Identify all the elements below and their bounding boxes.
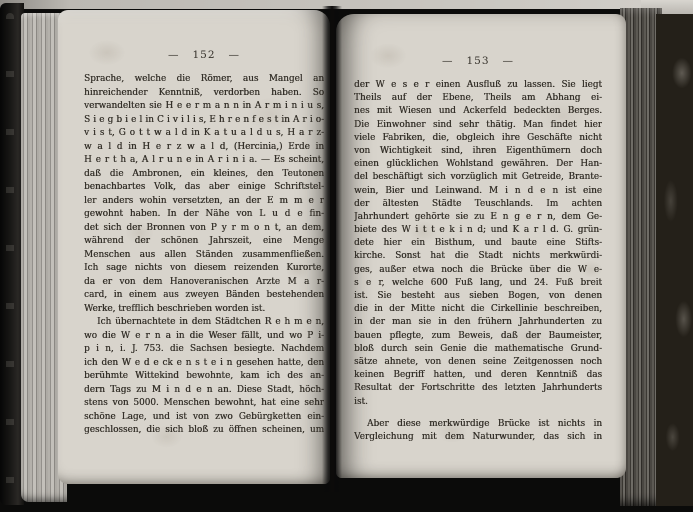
text-line: v i s t, G o t t w a l d in K a t u a l … [84, 127, 324, 141]
text-line: bloß durch sein Genie die mathematische … [354, 343, 602, 356]
text-line: biete des W i t t e k i n d; und K a r l… [354, 224, 602, 237]
text-line: einen glücklichen Wohlstand gewähren. De… [354, 158, 602, 171]
text-line: ist. [354, 396, 602, 409]
text-line: ich den W e d e ck e n s t e i n gesehen… [84, 357, 324, 371]
text-line: s e r, welche 600 Fuß lang, und 24. Fuß … [354, 277, 602, 290]
text-line: der W e s e r einen Ausfluß zu lassen. S… [354, 79, 602, 92]
text-line: hinreichender Kenntniß, verdorben haben.… [84, 87, 324, 101]
book-scan-photo: — 152 — Sprache, welche die Römer, aus M… [0, 0, 693, 512]
text-line: S i e g b i e l in C i v i l i s, E h r … [84, 114, 324, 128]
background-surface [0, 0, 693, 9]
text-line: Theils auf der Ebene, Theils am Abhang e… [354, 92, 602, 105]
text-line: wo die W e r n a in die Weser fällt, und… [84, 330, 324, 344]
text-line: w a l d in H e r z w a l d, (Hercinia,) … [84, 141, 324, 155]
text-line: wein, Bier und Leinwand. M i n d e n ist… [354, 185, 602, 198]
text-line: ges, außer etwa noch die Brücke über die… [354, 264, 602, 277]
text-line: bauen pflegte, zum Beweis, daß der Baume… [354, 330, 602, 343]
text-line: die in der Mitte nicht die Cirkellinie b… [354, 303, 602, 316]
text-line: daß die Ambronen, ein kleines, den Teuto… [84, 168, 324, 182]
text-line: geschlossen, die sich bloß zu öffnen sch… [84, 424, 324, 438]
text-line: während der schönen Jahrszeit, eine Meng… [84, 235, 324, 249]
text-line: Die Einwohner sind sehr thätig. Man find… [354, 119, 602, 132]
text-line: Sprache, welche die Römer, aus Mangel an [84, 73, 324, 87]
text-line: Menschen aus allen Ständen zusammenfließ… [84, 249, 324, 263]
text-line: Vergleichung mit dem Naturwunder, das si… [354, 431, 602, 444]
text-line: p i n, i. J. 753. die Sachsen besiegte. … [84, 343, 324, 357]
page-152: — 152 — Sprache, welche die Römer, aus M… [58, 10, 330, 484]
text-line: det sich der Bronnen von P y r m o n t, … [84, 222, 324, 236]
text-line: Ich übernachtete in dem Städtchen R e h … [84, 316, 324, 330]
text-line: stens von 5000. Menschen bewohnt, hat ei… [84, 397, 324, 411]
text-line: Aber diese merkwürdige Brücke ist nichts… [354, 418, 602, 431]
text-line: sätze ahnete, von denen seine Zeitgenoss… [354, 356, 602, 369]
book-gutter [322, 6, 342, 492]
page-152-body: Sprache, welche die Römer, aus Mangel an… [84, 73, 324, 438]
page-number-header: — 153 — [354, 54, 602, 70]
page-153-textblock: — 153 — der W e s e r einen Ausfluß zu l… [354, 54, 602, 444]
page-153-body: der W e s e r einen Ausfluß zu lassen. S… [354, 79, 602, 444]
text-line: da er von dem Hanoveranischen Arzte M a … [84, 276, 324, 290]
text-line: benachbartes Volk, das aber einige Schri… [84, 181, 324, 195]
text-line: viele Fabriken, die, obgleich ihre Gesch… [354, 132, 602, 145]
text-line: Resultat der Fortschritte des letzten Ja… [354, 382, 602, 395]
text-line: gewohnt haben. In der Nähe von L u d e f… [84, 208, 324, 222]
text-line: schöne Lage, und ist von zwo Gebürgkette… [84, 411, 324, 425]
text-line: ler anders wohin versetzten, an der E m … [84, 195, 324, 209]
text-line: H e r t h a, A l r u n e in A r i n i a.… [84, 154, 324, 168]
text-line: verwandelten sie H e e r m a n n in A r … [84, 100, 324, 114]
text-line: Werke, trefflich beschrieben worden ist. [84, 303, 324, 317]
text-line: nes mit Wiesen und Ackerfeld bedeckten B… [354, 105, 602, 118]
text-line: in der man sie in den frühern Jahrhunder… [354, 316, 602, 329]
text-line: ist. Sie besteht aus sieben Bogen, von d… [354, 290, 602, 303]
text-line: Jahrhundert gehörte sie zu E n g e r n, … [354, 211, 602, 224]
text-line: del beschäftigt sich vorzüglich mit Getr… [354, 171, 602, 184]
page-152-textblock: — 152 — Sprache, welche die Römer, aus M… [84, 48, 324, 438]
text-line: Ich sage nichts von diesem reizenden Kur… [84, 262, 324, 276]
text-line: dern Tags zu M i n d e n an. Diese Stadt… [84, 384, 324, 398]
text-line: dete hier ein Bisthum, und baute eine St… [354, 237, 602, 250]
text-line: card, in einem aus zweyen Bänden bestehe… [84, 289, 324, 303]
book-cover-right [656, 14, 693, 506]
text-line: der ältesten Städte Teuschlands. Im acht… [354, 198, 602, 211]
text-line: berühmte Wittekind bewohnte, kam ich des… [84, 370, 324, 384]
text-line: von Wichtigkeit sind, ihren Eigenthümern… [354, 145, 602, 158]
page-number-header: — 152 — [84, 48, 324, 64]
text-line: keinen Begriff hatten, und deren Kenntni… [354, 369, 602, 382]
text-line: kirche. Sonst hat die Stadt nichts merkw… [354, 250, 602, 263]
page-153: — 153 — der W e s e r einen Ausfluß zu l… [336, 14, 626, 478]
